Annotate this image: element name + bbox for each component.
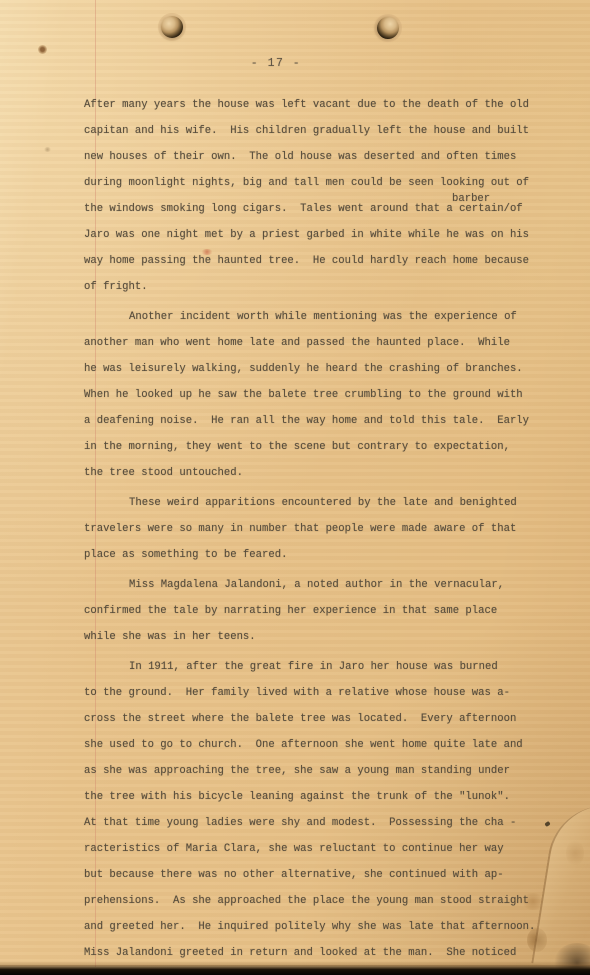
interline-insertion-word: barber bbox=[452, 193, 490, 205]
binding-hole-left-icon bbox=[161, 16, 183, 38]
binding-hole-right-icon bbox=[374, 14, 402, 42]
paragraph-3: These weird apparitions encountered by t… bbox=[84, 490, 546, 568]
paragraph-4: Miss Magdalena Jalandoni, a noted author… bbox=[84, 572, 546, 650]
page-bottom-edge bbox=[0, 965, 590, 975]
page-number: - 17 - bbox=[224, 57, 328, 70]
scanned-typewritten-page: - 17 - After many years the house was le… bbox=[0, 0, 590, 975]
body-text: After many years the house was left vaca… bbox=[84, 92, 546, 970]
stain-top-left bbox=[38, 45, 47, 54]
paragraph-2: Another incident worth while mentioning … bbox=[84, 304, 546, 486]
smudge-left bbox=[44, 147, 51, 152]
paragraph-5: In 1911, after the great fire in Jaro he… bbox=[84, 654, 546, 966]
